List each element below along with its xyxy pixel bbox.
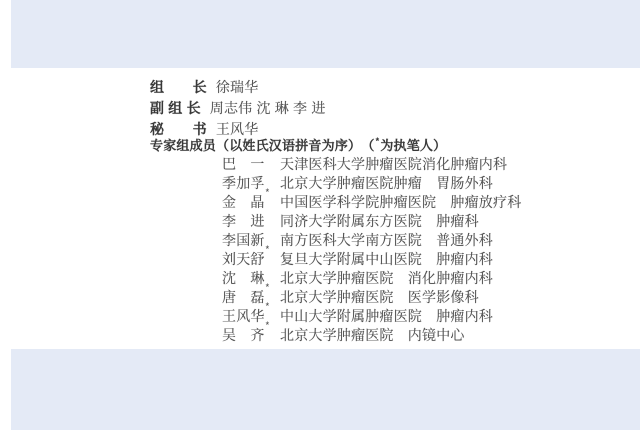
members-heading-suffix: 为执笔人）	[380, 139, 446, 152]
leader-row: 组 长徐瑞华	[150, 76, 640, 97]
member-affiliation: 北京大学肿瘤医院肿瘤 胃肠外科	[280, 173, 493, 193]
member-affiliation: 南方医科大学南方医院 普通外科	[280, 230, 493, 250]
member-affiliation: 北京大学肿瘤医院 内镜中心	[280, 325, 465, 345]
members-heading: 专家组成员（以姓氏汉语拼音为序） （*为执笔人）	[150, 139, 640, 152]
member-affiliation: 中山大学附属肿瘤医院 肿瘤内科	[280, 306, 493, 326]
member-row: 沈 琳北京大学肿瘤医院 消化肿瘤内科	[150, 268, 640, 287]
member-affiliation: 北京大学肿瘤医院 医学影像科	[280, 287, 479, 307]
member-name: 唐 磊	[222, 287, 265, 307]
leader-names: 周志伟 沈 琳 李 进	[210, 98, 326, 118]
member-name-cell: 唐 磊*	[222, 287, 280, 307]
member-row: 吴 齐*北京大学肿瘤医院 内镜中心	[150, 325, 640, 344]
member-name: 刘天舒	[222, 249, 265, 269]
member-name-cell: 巴 一	[222, 154, 280, 174]
members-heading-prefix: 专家组成员（以姓氏汉语拼音为序） （	[150, 139, 375, 152]
top-banner-band	[11, 0, 640, 68]
member-name-cell: 王风华*	[222, 306, 280, 326]
member-row: 季加孚北京大学肿瘤医院肿瘤 胃肠外科	[150, 173, 640, 192]
member-row: 金 晶*中国医学科学院肿瘤医院 肿瘤放疗科	[150, 192, 640, 211]
member-name-cell: 金 晶*	[222, 192, 280, 212]
member-name-cell: 李 进	[222, 211, 280, 231]
member-row: 李 进同济大学附属东方医院 肿瘤科	[150, 211, 640, 230]
member-affiliation: 天津医科大学肿瘤医院消化肿瘤内科	[280, 154, 507, 174]
member-name: 金 晶	[222, 192, 265, 212]
member-row: 王风华*中山大学附属肿瘤医院 肿瘤内科	[150, 306, 640, 325]
leader-role-label: 组 长	[150, 77, 207, 97]
bottom-banner-band	[11, 349, 640, 430]
member-name-cell: 李国新	[222, 230, 280, 250]
leader-names: 王风华	[216, 119, 259, 139]
executive-writer-asterisk-icon: *	[266, 321, 270, 330]
executive-writer-asterisk-icon: *	[266, 188, 270, 197]
member-name-cell: 刘天舒*	[222, 249, 280, 269]
member-row: 刘天舒*复旦大学附属中山医院 肿瘤内科	[150, 249, 640, 268]
member-name: 李国新	[222, 230, 265, 250]
leader-names: 徐瑞华	[216, 77, 259, 97]
document-page: { "page": { "band_color": "#e4eaf6", "ba…	[0, 0, 640, 430]
leader-role-label: 副 组 长	[150, 98, 201, 118]
member-name-cell: 季加孚	[222, 173, 280, 193]
member-list: 巴 一天津医科大学肿瘤医院消化肿瘤内科季加孚北京大学肿瘤医院肿瘤 胃肠外科金 晶…	[150, 154, 640, 344]
member-name-cell: 吴 齐*	[222, 325, 280, 345]
member-row: 巴 一天津医科大学肿瘤医院消化肿瘤内科	[150, 154, 640, 173]
member-affiliation: 中国医学科学院肿瘤医院 肿瘤放疗科	[280, 192, 521, 212]
member-name: 巴 一	[222, 154, 265, 174]
leader-row: 秘 书王风华	[150, 118, 640, 139]
leader-list: 组 长徐瑞华副 组 长周志伟 沈 琳 李 进秘 书王风华	[150, 76, 640, 139]
leader-role-label: 秘 书	[150, 119, 207, 139]
expert-panel-section: 组 长徐瑞华副 组 长周志伟 沈 琳 李 进秘 书王风华 专家组成员（以姓氏汉语…	[150, 76, 640, 344]
member-name: 王风华	[222, 306, 265, 326]
leader-row: 副 组 长周志伟 沈 琳 李 进	[150, 97, 640, 118]
member-name: 吴 齐	[222, 325, 265, 345]
member-row: 唐 磊*北京大学肿瘤医院 医学影像科	[150, 287, 640, 306]
executive-writer-asterisk-icon: *	[266, 283, 270, 292]
member-name: 沈 琳	[222, 268, 265, 288]
member-affiliation: 复旦大学附属中山医院 肿瘤内科	[280, 249, 493, 269]
member-name: 李 进	[222, 211, 265, 231]
executive-writer-asterisk-icon: *	[266, 302, 270, 311]
executive-writer-asterisk-icon: *	[266, 245, 270, 254]
asterisk-note-icon: *	[376, 137, 380, 146]
member-row: 李国新南方医科大学南方医院 普通外科	[150, 230, 640, 249]
member-name-cell: 沈 琳	[222, 268, 280, 288]
member-affiliation: 北京大学肿瘤医院 消化肿瘤内科	[280, 268, 493, 288]
member-name: 季加孚	[222, 173, 265, 193]
member-affiliation: 同济大学附属东方医院 肿瘤科	[280, 211, 479, 231]
